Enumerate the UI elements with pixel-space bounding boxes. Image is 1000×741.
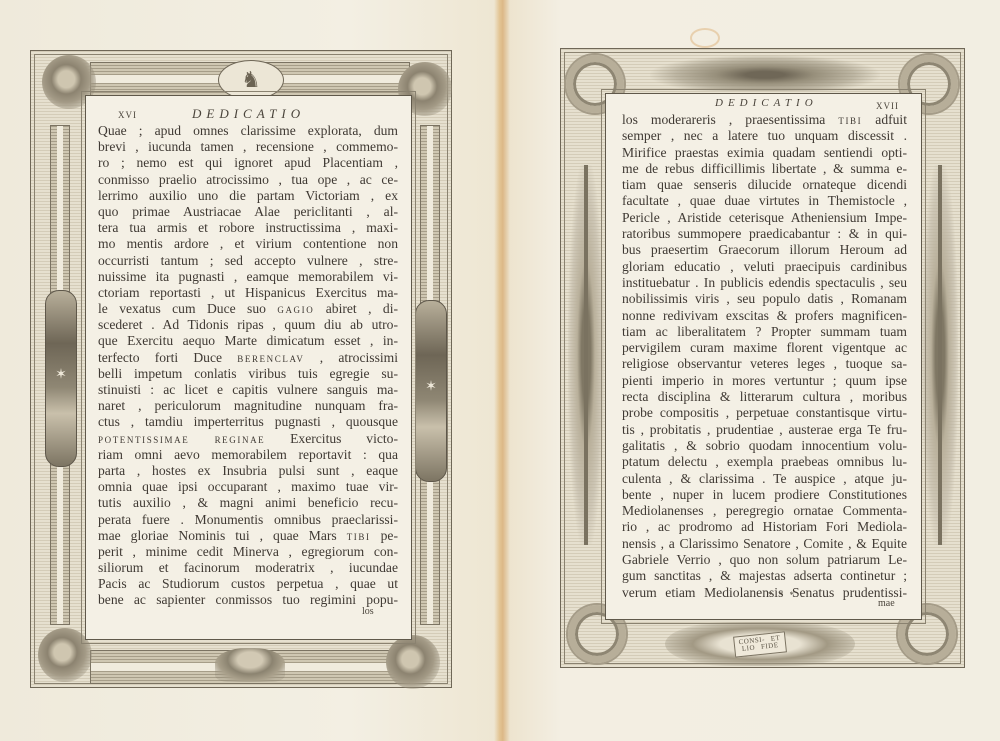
cartouche-ornament: CONSI-ET LIOFIDE (665, 622, 855, 666)
right-text-line: gum sanctitas , & majestas adserta conti… (622, 568, 907, 584)
left-text-line: naret , periculorum magnitudine nunquam … (98, 398, 398, 414)
right-text-line: me de rebus difficillimis libertate , & … (622, 161, 907, 177)
left-catchword: los (362, 606, 374, 617)
left-text-line: perit , minime cedit Minerva , egregioru… (98, 544, 398, 560)
right-folio-number: XVII (876, 101, 899, 111)
lion-mask-bottom-left-icon (38, 628, 92, 682)
right-text-line: semper , nec a latere tuo unquam discess… (622, 128, 907, 144)
left-text-line: Pacis ac Studiorum custos perpetua , qua… (98, 576, 398, 592)
left-text-line: scederet . Ad Tidonis ripas , quum diu a… (98, 317, 398, 333)
right-text-line: bente , nuper in lucem prodiere Constitu… (622, 487, 907, 503)
left-text-line: mae gloriae Nominis tui , quae Mars TIBI… (98, 528, 398, 544)
right-text-line: Gabriele Verrio , quo non solum patriaru… (622, 552, 907, 568)
right-trophy-shield-icon: ✶ (415, 300, 447, 482)
right-text-line: galitatis , & sobrio quodam innocentium … (622, 438, 907, 454)
right-text-line: nensis , a Clarissimo Senatore , Comite … (622, 536, 907, 552)
right-text-line: Pericle , Aristide ceterisque Atheniensi… (622, 210, 907, 226)
left-text-line: parta , hostes ex Insubria pulsi sunt , … (98, 463, 398, 479)
pegasus-medallion-icon: ♞ (218, 60, 284, 100)
left-running-head: DEDICATIO (192, 106, 305, 122)
right-text-line: probe compositis , perpetuae constantisq… (622, 405, 907, 421)
left-text-line: ro ; nemo est qui ignoret apud Placentia… (98, 155, 398, 171)
lion-mask-bottom-right-icon (386, 635, 440, 689)
left-text-line: occurristi tantum ; sed accepto vulnere … (98, 253, 398, 269)
right-text-line: religiose observantur veteres leges , tu… (622, 356, 907, 372)
right-running-head: DEDICATIO (715, 97, 818, 109)
right-text-line: tiam quae senseris dilucide ornateque di… (622, 177, 907, 193)
left-text-line: POTENTISSIMAE REGINAE Exercitus victo- (98, 431, 398, 447)
left-flag-trophy-icon (568, 165, 604, 545)
small-caps-name: TIBI (347, 532, 371, 542)
left-folio-number: XVI (118, 110, 137, 120)
left-text-line: nuissime ita pugnasti , eamque memorabil… (98, 269, 398, 285)
right-text-line: nobilissimis viris , seu populo datis , … (622, 291, 907, 307)
left-text-line: le vexatus cum Duce suo GAGIO abiret , d… (98, 301, 398, 317)
right-text-line: recta disciplina & litterarum cultura , … (622, 389, 907, 405)
right-text-line: nonne redivivam exscitas & profers magni… (622, 308, 907, 324)
right-text-line: pervigilem curam maxime florent vigentqu… (622, 340, 907, 356)
left-text-line: riam omni aevo memorabilem reportavit : … (98, 447, 398, 463)
right-text-line: bus praesertim Graecorum illorum Heroum … (622, 242, 907, 258)
eagle-icon (650, 55, 880, 91)
left-text-line: mo mentis ardore , et virium contentione… (98, 236, 398, 252)
right-text-line: Mediolanenses , peregregio ornatae Comme… (622, 503, 907, 519)
right-text-line: Mirifice praestas eximia quadam sentiend… (622, 145, 907, 161)
left-text-line: omnia quae ipsi occuparant , maximo tuae… (98, 479, 398, 495)
left-text-line: terfecto forti Duce BERENCLAV , atrociss… (98, 350, 398, 366)
small-caps-name: BERENCLAV (237, 354, 304, 364)
signature-mark: * * * (768, 590, 796, 600)
right-text-line: culenta , & clarissima . Te auspice , at… (622, 471, 907, 487)
right-text-line: tis , probitatis , prudentiae , austerae… (622, 422, 907, 438)
small-caps-name: POTENTISSIMAE REGINAE (98, 435, 265, 445)
left-text-line: belli impetum conlatis viribus tuis egre… (98, 366, 398, 382)
left-text-line: siliorum et facinorum moderatrix , iucun… (98, 560, 398, 576)
right-text-line: verum etiam Mediolanensis Senatus pruden… (622, 585, 907, 601)
right-flag-trophy-icon (922, 165, 958, 545)
right-text-line: gloriam educatio , veluti praecipuis car… (622, 259, 907, 275)
left-text-line: bene ac sapienter conmissos tuo regimini… (98, 592, 398, 608)
foxing-stain (690, 28, 720, 48)
right-page-body: los moderareris , praesentissima TIBI ad… (622, 112, 907, 601)
open-book-icon: CONSI-ET LIOFIDE (733, 631, 787, 657)
right-catchword: mae (878, 598, 895, 609)
left-text-line: brevi , iucunda tamen , recensione , com… (98, 139, 398, 155)
left-text-line: tutis auxilio , & magni animi beneficio … (98, 495, 398, 511)
left-text-line: tera tua armis et robore instructissima … (98, 220, 398, 236)
right-text-line: los moderareris , praesentissima TIBI ad… (622, 112, 907, 128)
right-text-line: instituebatur . In publicis edendis spec… (622, 275, 907, 291)
right-text-line: ptatum delectu , exempla praebeas omnibu… (622, 454, 907, 470)
left-text-line: stinuisti : ac licet e capitis vulnere s… (98, 382, 398, 398)
small-caps-name: GAGIO (277, 305, 314, 315)
left-text-line: quo primae Austriacae Alae periclitanti … (98, 204, 398, 220)
left-text-line: perata fuere . Monumentis omnibus praecl… (98, 512, 398, 528)
left-trophy-shield-icon: ✶ (45, 290, 77, 467)
left-text-line: lerrimo auxilio uno die partam Victoriam… (98, 188, 398, 204)
flower-basket-icon (215, 648, 285, 682)
small-caps-name: TIBI (838, 116, 862, 126)
left-text-line: Quae ; apud omnes clarissime explorata, … (98, 123, 398, 139)
right-text-line: facultate , quae duae virtutes in Themis… (622, 193, 907, 209)
right-text-line: rio , ac prodromo ad Historiam Fori Medi… (622, 519, 907, 535)
right-text-line: pienti imperio in mores vertuntur ; quum… (622, 373, 907, 389)
left-text-line: ctus , tamdiu imperterritus pugnasti , q… (98, 414, 398, 430)
right-text-line: ratoribus summopere praedicabantur : & i… (622, 226, 907, 242)
left-text-line: que Exercitu aequo Marte dimicatum esset… (98, 333, 398, 349)
left-page-body: Quae ; apud omnes clarissime explorata, … (98, 123, 398, 609)
left-text-line: conmisso praelio atrocissimo , tua ope ,… (98, 172, 398, 188)
right-text-line: tiam ac liberalitatem ? Propter summam t… (622, 324, 907, 340)
left-text-line: ctoriam reportasti , ut Hispanicus Exerc… (98, 285, 398, 301)
book-gutter (494, 0, 510, 741)
